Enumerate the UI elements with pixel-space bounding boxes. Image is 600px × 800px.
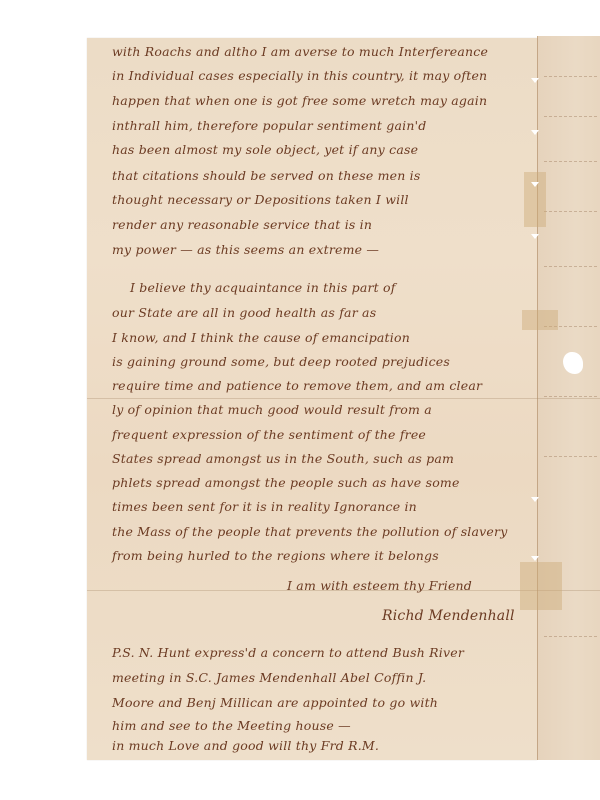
repair-tape [520, 562, 562, 610]
postscript-line: P.S. N. Hunt express'd a concern to atte… [112, 645, 464, 660]
bleed-through-ink [544, 76, 597, 80]
body-line: with Roachs and altho I am averse to muc… [112, 44, 488, 59]
repair-tape [524, 172, 546, 227]
postscript-line: in much Love and good will thy Frd R.M. [112, 738, 379, 753]
body-line: our State are all in good health as far … [112, 305, 376, 320]
repair-tape [522, 310, 558, 330]
body-line: States spread amongst us in the South, s… [112, 451, 454, 466]
bleed-through-ink [544, 116, 597, 120]
body-line: ly of opinion that much good would resul… [112, 402, 432, 417]
postscript-line: meeting in S.C. James Mendenhall Abel Co… [112, 670, 426, 685]
closing-line: I am with esteem thy Friend [287, 578, 472, 593]
body-line: that citations should be served on these… [112, 168, 420, 183]
paper-fold-line [87, 398, 600, 399]
edge-notch [531, 182, 539, 187]
body-line: my power — as this seems an extreme — [112, 242, 379, 257]
body-line: render any reasonable service that is in [112, 217, 372, 232]
body-line: thought necessary or Depositions taken I… [112, 192, 409, 207]
body-line: in Individual cases especially in this c… [112, 68, 487, 83]
paper-hole [563, 352, 583, 374]
body-line: happen that when one is got free some wr… [112, 93, 487, 108]
signature: Richd Mendenhall [382, 608, 515, 624]
body-line: require time and patience to remove them… [112, 378, 482, 393]
body-line: inthrall him, therefore popular sentimen… [112, 118, 426, 133]
bleed-through-ink [544, 161, 597, 165]
body-line: I know, and I think the cause of emancip… [112, 330, 410, 345]
body-line: has been almost my sole object, yet if a… [112, 142, 418, 157]
edge-notch [531, 556, 539, 561]
body-line: frequent expression of the sentiment of … [112, 427, 426, 442]
body-line: phlets spread amongst the people such as… [112, 475, 460, 490]
edge-notch [531, 234, 539, 239]
edge-notch [531, 130, 539, 135]
bleed-through-ink [544, 636, 597, 640]
bleed-through-ink [544, 266, 597, 270]
body-line: times been sent for it is in reality Ign… [112, 499, 417, 514]
bleed-through-ink [544, 211, 597, 215]
edge-notch [531, 78, 539, 83]
body-line: the Mass of the people that prevents the… [112, 524, 507, 539]
bleed-through-ink [544, 456, 597, 460]
postscript-line: Moore and Benj Millican are appointed to… [112, 695, 438, 710]
body-line: is gaining ground some, but deep rooted … [112, 354, 450, 369]
body-line: from being hurled to the regions where i… [112, 548, 439, 563]
postscript-line: him and see to the Meeting house — [112, 718, 351, 733]
body-line: I believe thy acquaintance in this part … [130, 280, 396, 295]
edge-notch [531, 497, 539, 502]
